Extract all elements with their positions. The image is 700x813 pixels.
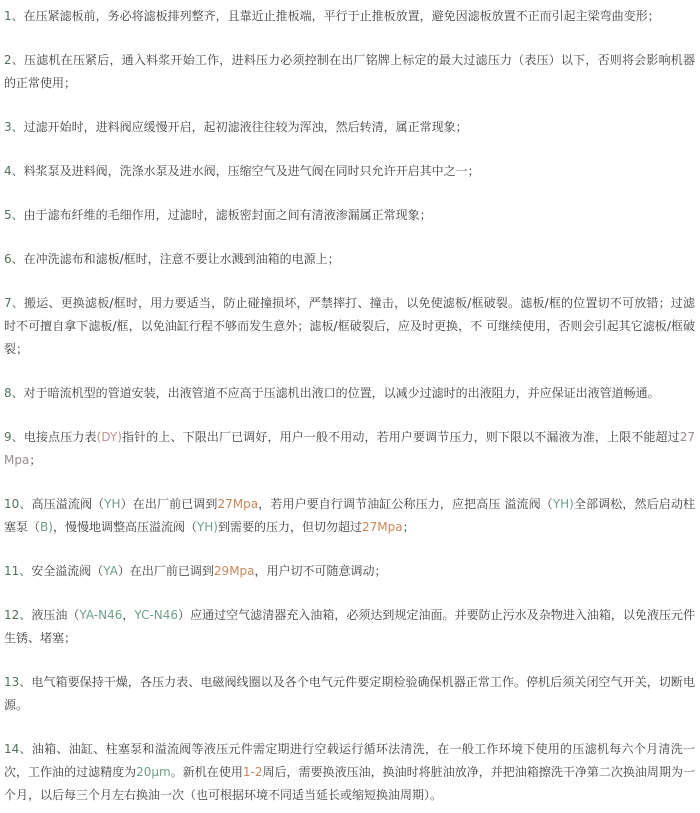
item-highlight-green: YH xyxy=(104,497,120,511)
item-text: ）在出厂前已调到 xyxy=(118,564,214,578)
item-text: ； xyxy=(29,453,41,467)
item-text: 过滤开始时，进料阀应缓慢开启，起初滤液往往较为浑浊，然后转清，属正常现象； xyxy=(24,120,468,134)
item-text: ）在出厂前已调到 xyxy=(121,497,218,511)
item-number: 8、 xyxy=(4,386,24,400)
instruction-item: 13、电气箱要保持干燥，各压力表、电磁阀线圈以及各个电气元件要定期检验确保机器正… xyxy=(4,671,695,717)
item-text: 在冲洗滤布和滤板/框时，注意不要让水溅到油箱的电源上； xyxy=(24,252,340,266)
item-text: ，若用户要自行调节油缸公称压力，应把高压 溢流阀（ xyxy=(258,497,553,511)
item-highlight-green: YH) xyxy=(197,520,218,534)
instruction-item: 14、油箱、油缸、柱塞泵和溢流阀等液压元件需定期进行空载运行循环法清洗，在一般工… xyxy=(4,738,695,807)
instruction-item: 12、液压油（YA-N46，YC-N46）应通过空气滤清器充入油箱，必须达到规定… xyxy=(4,604,695,650)
item-number: 7、 xyxy=(4,296,24,310)
item-text: ； xyxy=(403,520,415,534)
instruction-item: 6、在冲洗滤布和滤板/框时，注意不要让水溅到油箱的电源上； xyxy=(4,248,695,271)
item-number: 14、 xyxy=(4,742,32,756)
item-text: 料浆泵及进料阀，洗涤水泵及进水阀，压缩空气及进气阀在同时只允许开启其中之一； xyxy=(24,164,480,178)
item-text: 到需要的压力，但切勿超过 xyxy=(218,520,362,534)
item-number: 6、 xyxy=(4,252,24,266)
item-number: 3、 xyxy=(4,120,24,134)
item-number: 1、 xyxy=(4,9,24,23)
item-text: 液压油（ xyxy=(31,608,79,622)
item-number: 2、 xyxy=(4,53,24,67)
item-number: 4、 xyxy=(4,164,24,178)
item-highlight-green: YH) xyxy=(553,497,574,511)
item-highlight-orange: 27Mpa xyxy=(362,520,403,534)
item-number: 11、 xyxy=(4,564,31,578)
item-number: 10、 xyxy=(4,497,32,511)
instruction-item: 9、电接点压力表(DY)指针的上、下限出厂已调好，用户一般不用动，若用户要调节压… xyxy=(4,426,695,472)
item-text: ，慢慢地调整高压溢流阀（ xyxy=(53,520,197,534)
item-text: ，用户切不可随意调动； xyxy=(255,564,387,578)
instruction-item: 7、搬运、更换滤板/框时，用力要适当，防止碰撞损坏，严禁摔打、撞击，以免使滤板/… xyxy=(4,292,695,361)
item-highlight-green: B) xyxy=(40,520,53,534)
item-number: 9、 xyxy=(4,430,24,444)
item-highlight-green: YA-N46 xyxy=(79,608,122,622)
instruction-item: 10、高压溢流阀（YH）在出厂前已调到27Mpa，若用户要自行调节油缸公称压力，… xyxy=(4,493,695,539)
item-text: 压滤机在压紧后，通入料浆开始工作，进料压力必须控制在出厂铭牌上标定的最大过滤压力… xyxy=(4,53,695,90)
instruction-item: 3、过滤开始时，进料阀应缓慢开启，起初滤液往往较为浑浊，然后转清，属正常现象； xyxy=(4,116,695,139)
item-number: 5、 xyxy=(4,208,24,222)
item-highlight-orange: 29Mpa xyxy=(214,564,255,578)
item-highlight-green: 20μm xyxy=(136,765,171,779)
item-highlight-pink: (DY) xyxy=(97,430,122,444)
item-text: 指针的上、下限出厂已调好，用户一般不用动，若用户要调节压力，则下限以不漏液为准，… xyxy=(122,430,680,444)
document-page: { "colors": { "text": "#3d3d3d", "marker… xyxy=(0,0,700,813)
item-highlight-orange: 27Mpa xyxy=(218,497,259,511)
item-highlight-green: YC-N46 xyxy=(134,608,178,622)
instruction-item: 4、料浆泵及进料阀，洗涤水泵及进水阀，压缩空气及进气阀在同时只允许开启其中之一； xyxy=(4,160,695,183)
instruction-item: 5、由于滤布纤维的毛细作用，过滤时，滤板密封面之间有清液渗漏属正常现象； xyxy=(4,204,695,227)
item-text: 由于滤布纤维的毛细作用，过滤时，滤板密封面之间有清液渗漏属正常现象； xyxy=(24,208,432,222)
item-number: 12、 xyxy=(4,608,31,622)
item-text: 对于暗流机型的管道安装，出液管道不应高于压滤机出液口的位置，以减少过滤时的出液阻… xyxy=(24,386,660,400)
item-text: 高压溢流阀（ xyxy=(32,497,105,511)
instruction-item: 8、对于暗流机型的管道安装，出液管道不应高于压滤机出液口的位置，以减少过滤时的出… xyxy=(4,382,695,405)
item-number: 13、 xyxy=(4,675,31,689)
item-highlight-green: YA xyxy=(103,564,118,578)
item-highlight-orange: 1-2 xyxy=(243,765,263,779)
instruction-item: 2、压滤机在压紧后，通入料浆开始工作，进料压力必须控制在出厂铭牌上标定的最大过滤… xyxy=(4,49,695,95)
item-text: 安全溢流阀（ xyxy=(31,564,103,578)
item-text: 。新机在使用 xyxy=(171,765,243,779)
item-text: 电气箱要保持干燥，各压力表、电磁阀线圈以及各个电气元件要定期检验确保机器正常工作… xyxy=(4,675,695,712)
item-text: 搬运、更换滤板/框时，用力要适当，防止碰撞损坏，严禁摔打、撞击，以免使滤板/框破… xyxy=(4,296,695,356)
instruction-item: 1、在压紧滤板前，务必将滤板排列整齐，且靠近止推板端，平行于止推板放置，避免因滤… xyxy=(4,5,695,28)
item-text: 在压紧滤板前，务必将滤板排列整齐，且靠近止推板端，平行于止推板放置，避免因滤板放… xyxy=(24,9,660,23)
item-text: ， xyxy=(122,608,134,622)
item-text: 电接点压力表 xyxy=(24,430,97,444)
instruction-list: 1、在压紧滤板前，务必将滤板排列整齐，且靠近止推板端，平行于止推板放置，避免因滤… xyxy=(0,0,700,813)
instruction-item: 11、安全溢流阀（YA）在出厂前已调到29Mpa，用户切不可随意调动； xyxy=(4,560,695,583)
